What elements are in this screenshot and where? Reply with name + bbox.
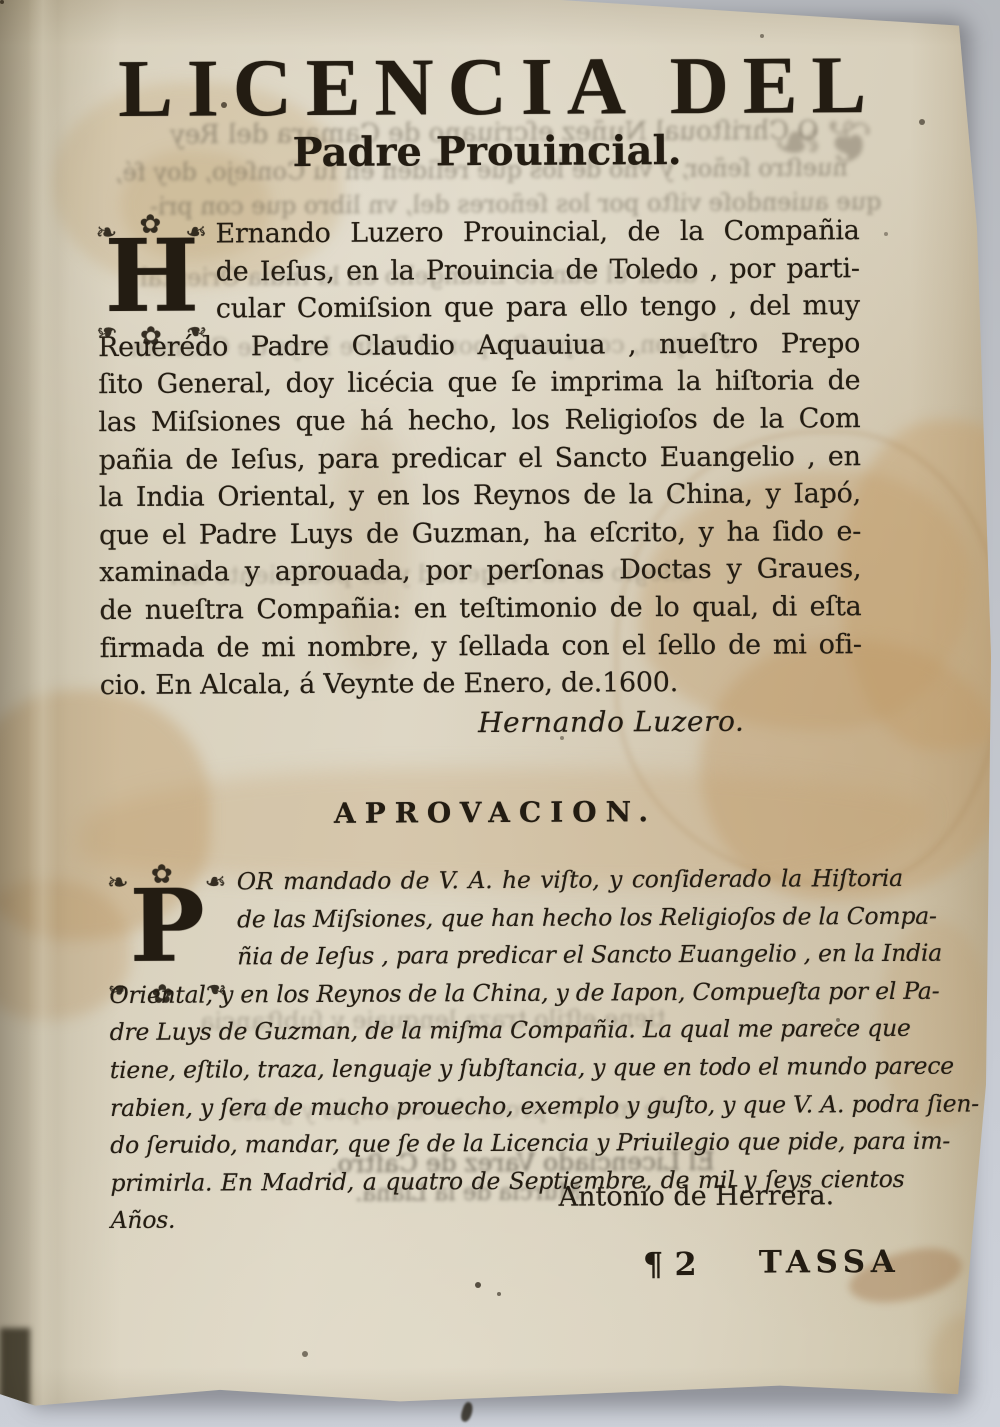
indented-lines: Ernando Luzero Prouincial, de la Compañi… — [97, 212, 860, 329]
text-line: ñia de Ieſus , para predicar el Sancto E… — [237, 935, 903, 976]
text-line: de nueſtra Compañia: en teſtimonio de lo… — [99, 588, 861, 630]
catchword-tassa: TASSA — [759, 1244, 901, 1281]
book-page: O Chriſtoual Nuñez eſcriuano de Camara d… — [0, 0, 1000, 1427]
text-line: do ſeruido, mandar, que ſe de la Licenci… — [110, 1123, 904, 1165]
printed-content: LICENCIA DEL Padre Prouincial. H ❧ ❧ ❧ ❧… — [0, 0, 1000, 1427]
book-photo: O Chriſtoual Nuñez eſcriuano de Camara d… — [0, 0, 1000, 1427]
text-line: Reuerédo Padre Claudio Aquauiua , nueſtr… — [98, 325, 860, 367]
text-line: que el Padre Luys de Guzman, ha eſcrito,… — [99, 513, 861, 555]
page-subtitle: Padre Prouincial. — [87, 126, 887, 177]
full-lines: Oriental, y en los Reynos de la China, y… — [109, 973, 904, 1203]
text-line: firmada de mi nombre, y ſellada con el ſ… — [100, 626, 862, 668]
text-line: Oriental, y en los Reynos de la China, y… — [109, 973, 903, 1015]
licencia-paragraph: H ❧ ❧ ❧ ❧ ✿ ✿ Ernando Luzero Prouincial,… — [97, 212, 862, 705]
text-line: dre Luys de Guzman, de la miſma Compañia… — [110, 1010, 904, 1052]
text-line: la India Oriental, y en los Reynos de la… — [99, 475, 861, 517]
aprovacion-heading: APROVACION. — [95, 794, 895, 831]
fold-highlight — [28, 0, 58, 1427]
page-title: LICENCIA DEL — [91, 38, 906, 136]
signature-antonio-de-herrera: Antonio de Herrera. — [558, 1180, 834, 1212]
text-line: cio. En Alcala, á Veynte de Enero, de.16… — [100, 663, 862, 705]
quire-signature-mark: ¶ 2 — [643, 1245, 697, 1283]
full-lines: Reuerédo Padre Claudio Aquauiua , nueſtr… — [98, 325, 862, 667]
text-line: pañia de Ieſus, para predicar el Sancto … — [99, 438, 861, 480]
text-line: xaminada y aprouada, por perſonas Doctas… — [99, 550, 861, 592]
indented-lines: OR mandado de V. A. he viſto, y conſider… — [109, 860, 904, 977]
text-line: tiene, eſtilo, traza, lenguaje y ſubſtan… — [110, 1048, 904, 1090]
text-line: cular Comiſsion que para ello tengo , de… — [216, 287, 860, 328]
signature-hernando-luzero: Hernando Luzero. — [478, 705, 745, 739]
text-line: ſito General, doy licécia que ſe imprima… — [98, 362, 860, 404]
text-line: rabien, y ſera de mucho prouecho, exempl… — [110, 1085, 904, 1127]
text-line: las Miſsiones que há hecho, los Religioſ… — [98, 400, 860, 442]
text-line: Ernando Luzero Prouincial, de la Compañi… — [215, 212, 859, 253]
text-line: de Ieſus, en la Prouincia de Toledo , po… — [216, 250, 860, 291]
book-block-edge — [0, 1328, 30, 1414]
text-line: de las Miſsiones, que han hecho los Reli… — [237, 897, 903, 938]
text-line: OR mandado de V. A. he viſto, y conſider… — [237, 860, 903, 901]
gutter-shadow — [0, 0, 120, 1427]
